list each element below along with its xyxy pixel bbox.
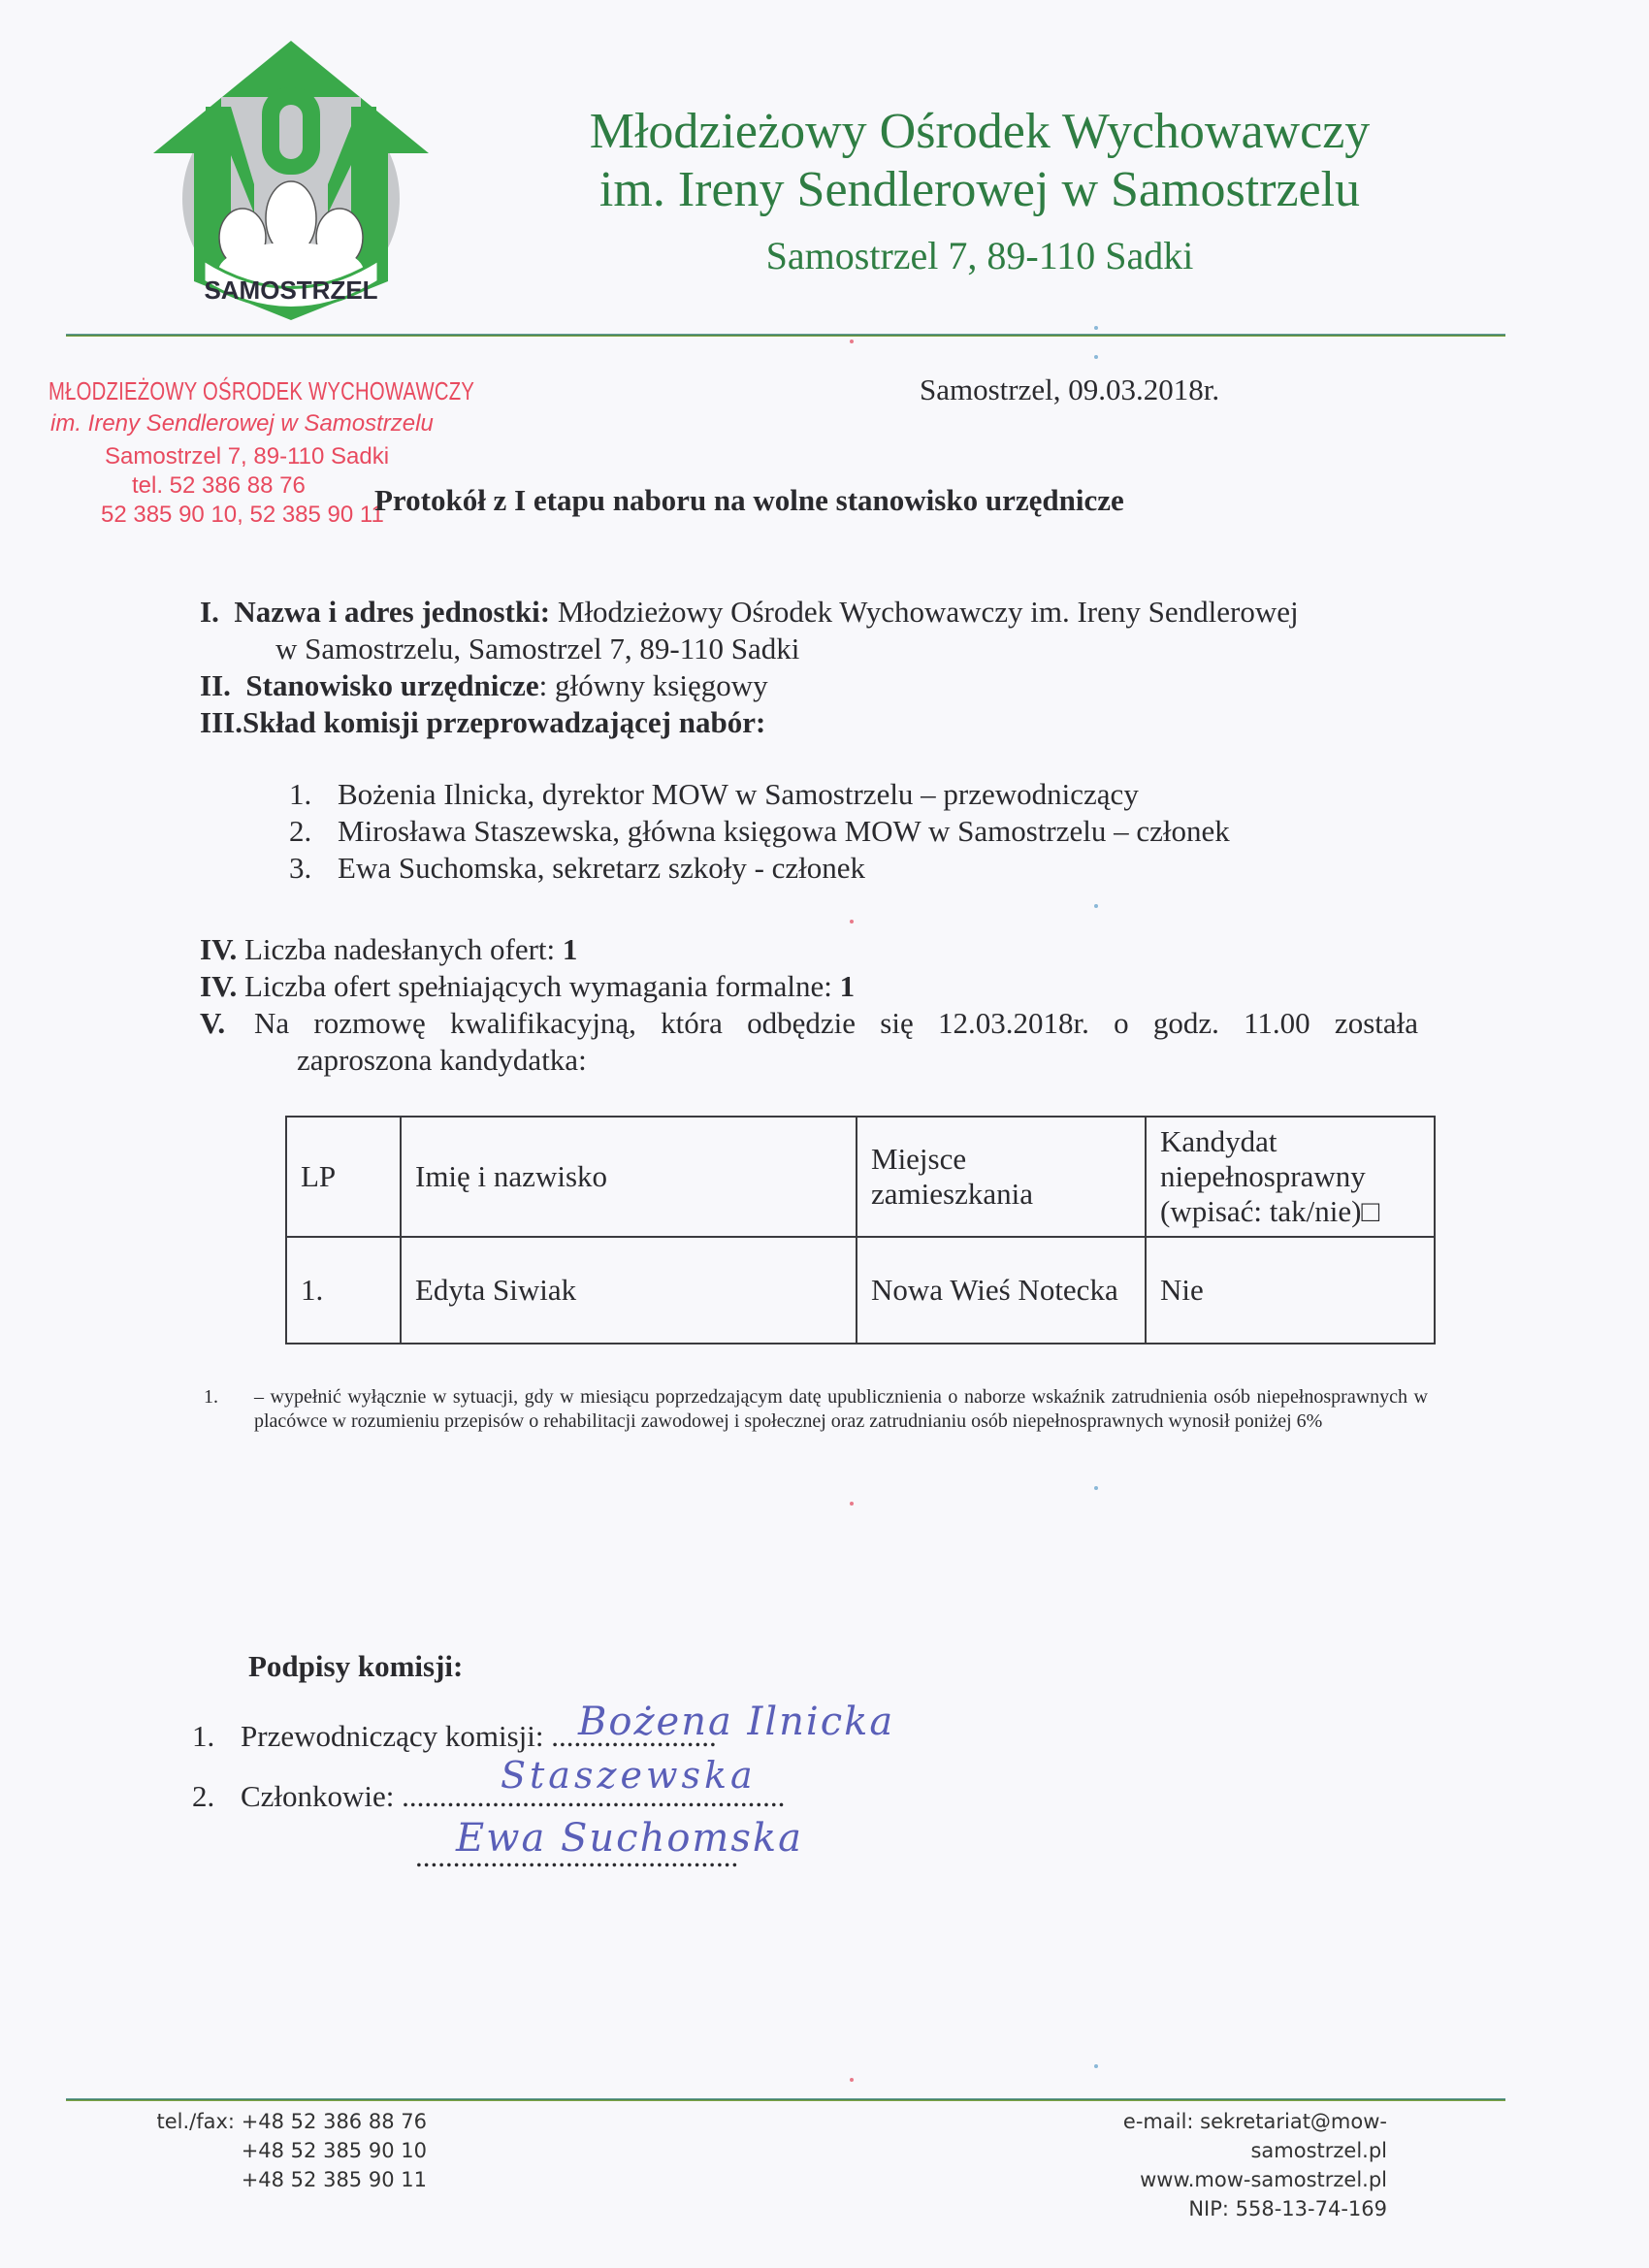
section-numeral: IV.: [200, 969, 237, 1003]
scan-speck: [1094, 2064, 1098, 2068]
scan-speck: [1094, 1486, 1098, 1490]
stamp-line-1: MŁODZIEŻOWY OŚRODEK WYCHOWAWCZY: [48, 376, 397, 406]
section-value: Młodzieżowy Ośrodek Wychowawczy im. Iren…: [558, 595, 1299, 629]
phone-number: +48 52 385 90 11: [242, 2168, 427, 2191]
signatures-title: Podpisy komisji:: [248, 1649, 463, 1684]
table-header-row: LP Imię i nazwisko Miejsce zamieszkania …: [286, 1117, 1435, 1237]
header-divider: [66, 334, 1505, 337]
table-header-disabled: Kandydat niepełnosprawny (wpisać: tak/ni…: [1146, 1117, 1435, 1237]
scan-speck: [850, 920, 854, 923]
phone-number: +48 52 385 90 10: [242, 2139, 427, 2162]
table-row: 1. Edyta Siwiak Nowa Wieś Notecka Nie: [286, 1237, 1435, 1344]
list-item: 3.Ewa Suchomska, sekretarz szkoły - czło…: [289, 850, 1230, 887]
institution-name-line1: Młodzieżowy Ośrodek Wychowawczy: [543, 103, 1416, 161]
phone-label: tel./fax:: [149, 2107, 235, 2136]
phone-number: +48 52 386 88 76: [242, 2110, 427, 2133]
list-item: 1.Bożenia Ilnicka, dyrektor MOW w Samost…: [289, 776, 1230, 813]
scan-speck: [850, 2078, 854, 2082]
mow-house-logo-icon: SAMOSTRZEL: [145, 39, 436, 330]
section-unit-name: I. Nazwa i adres jednostki: Młodzieżowy …: [200, 594, 1299, 631]
footnote-number: 1.: [204, 1385, 218, 1409]
section-committee: III.Skład komisji przeprowadzającej nabó…: [200, 704, 765, 741]
section-numeral: IV.: [200, 932, 237, 966]
section-numeral: I.: [200, 595, 219, 629]
section-label: Stanowisko urzędnicze: [245, 668, 538, 702]
section-interview: V.Na rozmowę kwalifikacyjną, która odbęd…: [200, 1005, 1422, 1042]
institution-address: Samostrzel 7, 89-110 Sadki: [543, 233, 1416, 278]
section-unit-address: w Samostrzelu, Samostrzel 7, 89-110 Sadk…: [275, 631, 799, 667]
candidates-table: LP Imię i nazwisko Miejsce zamieszkania …: [285, 1116, 1436, 1345]
stamp-line-2: im. Ireny Sendlerowej w Samostrzelu: [48, 410, 495, 437]
section-label: Liczba ofert spełniających wymagania for…: [244, 969, 832, 1003]
document-date: Samostrzel, 09.03.2018r.: [920, 373, 1219, 407]
scan-speck: [850, 1502, 854, 1506]
scan-speck: [1094, 904, 1098, 908]
table-cell-name: Edyta Siwiak: [401, 1237, 857, 1344]
footnote: 1. – wypełnić wyłącznie w sytuacji, gdy …: [204, 1385, 1428, 1434]
section-label: Nazwa i adres jednostki: [234, 595, 539, 629]
list-item: 2.Mirosława Staszewska, główna księgowa …: [289, 813, 1230, 850]
table-header-name: Imię i nazwisko: [401, 1117, 857, 1237]
table-header-lp: LP: [286, 1117, 401, 1237]
table-cell-residence: Nowa Wieś Notecka: [857, 1237, 1146, 1344]
table-cell-disabled: Nie: [1146, 1237, 1435, 1344]
scan-speck: [1094, 355, 1098, 359]
handwritten-signature: Ewa Suchomska: [456, 1816, 803, 1861]
institution-name: Młodzieżowy Ośrodek Wychowawczy im. Iren…: [543, 103, 1416, 219]
footer-divider: [66, 2098, 1505, 2101]
footer-contact-phones: tel./fax: +48 52 386 88 76 +48 52 385 90…: [149, 2107, 427, 2194]
section-offers-received: IV. Liczba nadesłanych ofert: 1: [200, 931, 577, 968]
section-value: 1: [840, 969, 856, 1003]
institution-name-line2: im. Ireny Sendlerowej w Samostrzelu: [543, 161, 1416, 219]
section-label: Liczba nadesłanych ofert:: [244, 932, 555, 966]
handwritten-signature: Staszewska: [501, 1754, 757, 1797]
footer-email[interactable]: e-mail: sekretariat@mow-samostrzel.pl: [999, 2107, 1387, 2165]
section-text: Na rozmowę kwalifikacyjną, która odbędzi…: [254, 1005, 1418, 1042]
section-value: główny księgowy: [555, 668, 768, 702]
section-numeral: III.: [200, 705, 242, 739]
section-interview-cont: zaproszona kandydatka:: [297, 1042, 587, 1079]
document-title: Protokół z I etapu naboru na wolne stano…: [374, 483, 1124, 518]
svg-text:SAMOSTRZEL: SAMOSTRZEL: [204, 275, 377, 305]
section-offers-qualified: IV. Liczba ofert spełniających wymagania…: [200, 968, 855, 1005]
committee-members-list: 1.Bożenia Ilnicka, dyrektor MOW w Samost…: [289, 776, 1230, 887]
scan-speck: [1094, 326, 1098, 330]
footer-website[interactable]: www.mow-samostrzel.pl: [999, 2165, 1387, 2194]
footnote-text: – wypełnić wyłącznie w sytuacji, gdy w m…: [204, 1385, 1428, 1434]
section-position: II. Stanowisko urzędnicze: główny księgo…: [200, 667, 768, 704]
section-label: Skład komisji przeprowadzającej nabór:: [242, 705, 765, 739]
footer-contact-online: e-mail: sekretariat@mow-samostrzel.pl ww…: [999, 2107, 1387, 2223]
stamp-line-3: Samostrzel 7, 89-110 Sadki: [48, 443, 495, 470]
scan-speck: [850, 340, 854, 343]
footer-nip: NIP: 558-13-74-169: [999, 2194, 1387, 2223]
table-header-residence: Miejsce zamieszkania: [857, 1117, 1146, 1237]
table-cell-lp: 1.: [286, 1237, 401, 1344]
section-value: 1: [563, 932, 578, 966]
section-numeral: II.: [200, 668, 231, 702]
handwritten-signature: Bożena Ilnicka: [578, 1700, 894, 1744]
section-numeral: V.: [200, 1005, 254, 1042]
